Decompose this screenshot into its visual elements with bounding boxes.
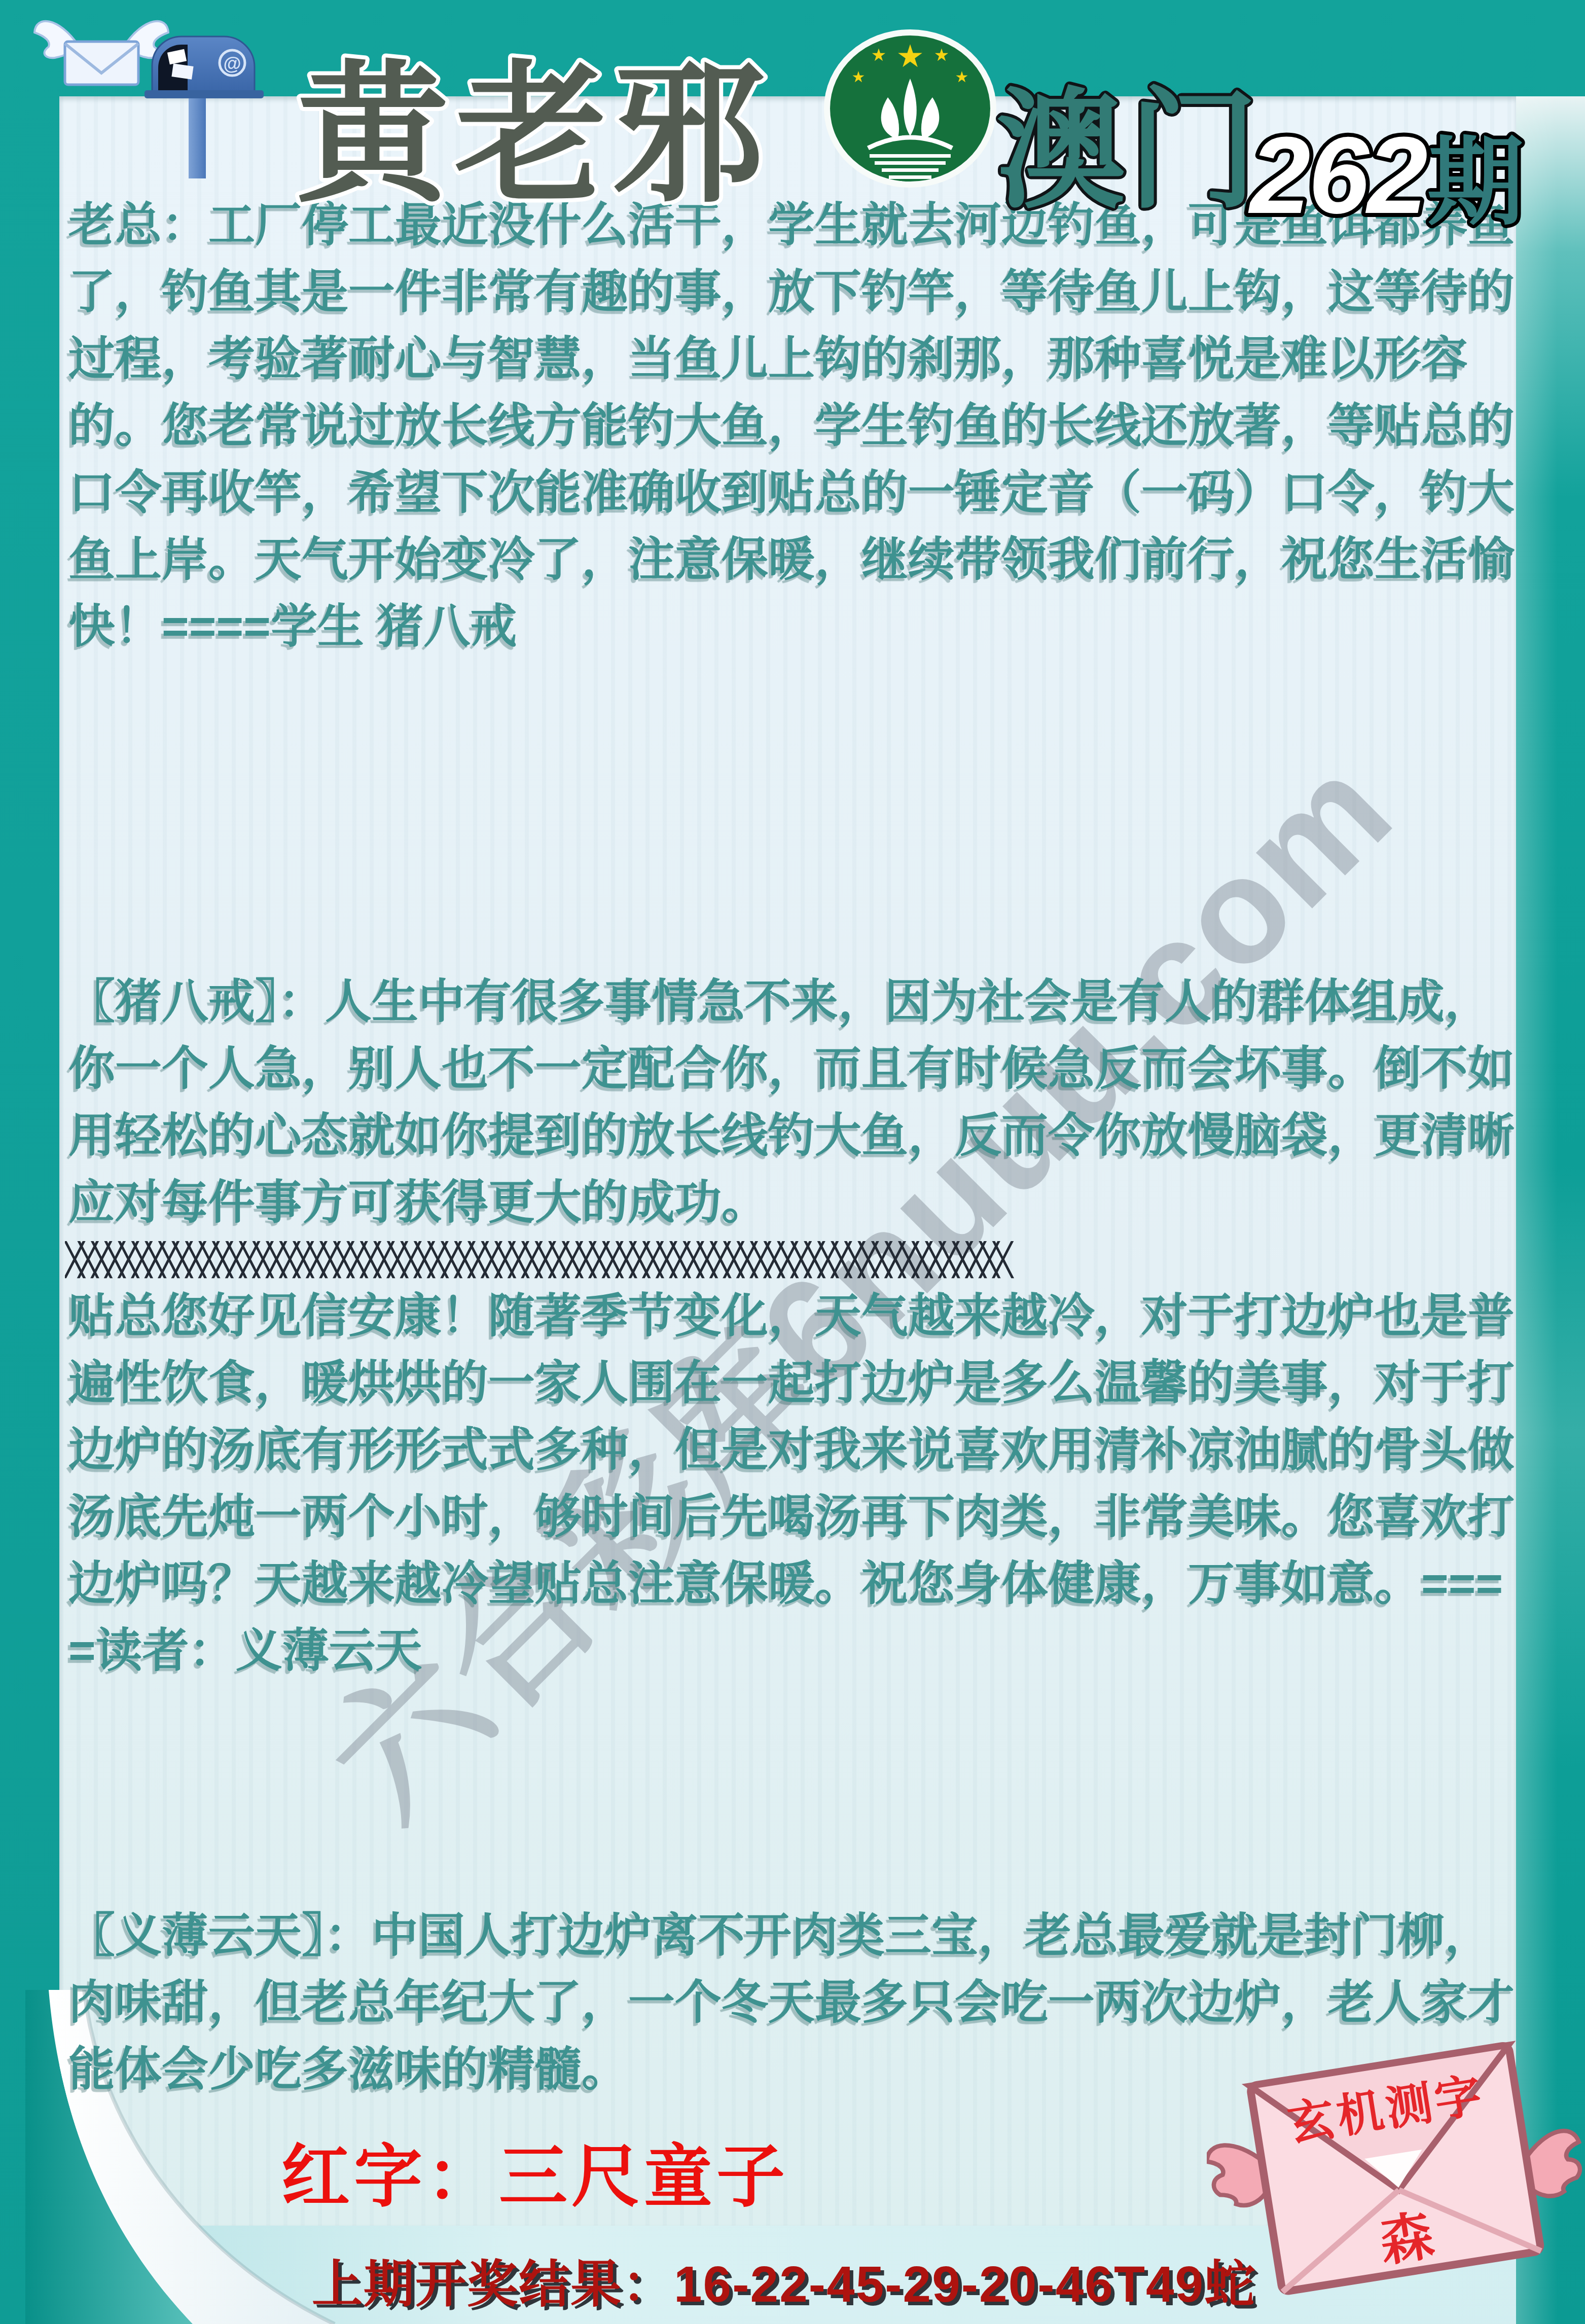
mailbox-pole	[189, 98, 206, 178]
at-icon: @	[223, 53, 241, 74]
letter-paragraph-1: 老总：工厂停工最近没什么活干，学生就去河边钓鱼，可是鱼饵都养鱼了，钓鱼其是一件非…	[68, 192, 1519, 660]
stitch-divider: ╳╳╳╳╳╳╳╳╳╳╳╳╳╳╳╳╳╳╳╳╳╳╳╳╳╳╳╳╳╳╳╳╳╳╳╳╳╳╳╳…	[65, 1241, 1517, 1282]
mailbox-icon: @	[30, 6, 269, 184]
poster-page: 六合彩库6nuuu.com @ ★ ★ ★ ★	[0, 0, 1585, 2324]
last-draw-result: 上期开奖结果：16-22-45-29-20-46T49蛇	[312, 2243, 1256, 2316]
mystery-envelope: 玄机测字 森	[1207, 2018, 1585, 2324]
right-band	[1516, 96, 1585, 2324]
winged-envelope-icon	[34, 21, 168, 85]
header-titles: 黄老邪 澳门 262 期	[279, 13, 1582, 231]
mail-letter	[171, 63, 193, 79]
reply-paragraph-1: 〖猪八戒〗：人生中有很多事情急不来，因为社会是有人的群体组成，你一个人急，别人也…	[68, 968, 1519, 1236]
region-title: 澳门	[996, 79, 1261, 223]
letter-paragraph-2: 贴总您好见信安康！随著季节变化，天气越来越冷，对于打边炉也是普遍性饮食，暖烘烘的…	[68, 1283, 1519, 1684]
mailbox-plate	[145, 90, 264, 98]
envelope-seal: 森	[1376, 2206, 1437, 2273]
site-title: 黄老邪	[297, 50, 771, 220]
red-hint: 红字：三尺童子	[281, 2122, 789, 2220]
issue-number: 262	[1248, 114, 1427, 231]
issue-suffix: 期	[1427, 129, 1524, 231]
